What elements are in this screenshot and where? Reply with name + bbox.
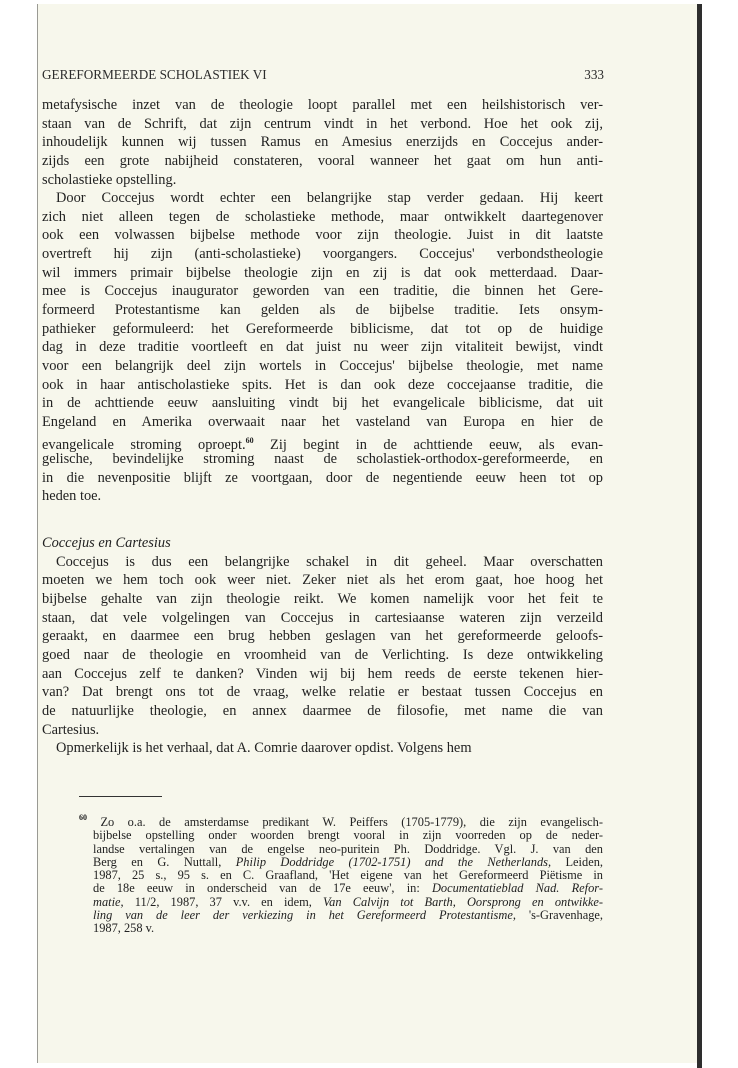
text-line: de natuurlijke theologie, en annex daarm… (42, 702, 603, 721)
page-edge-shadow (697, 4, 702, 1068)
footnote-text: 11/2, 1987, 37 v.v. en idem, (124, 895, 323, 909)
paragraph-1: metafysische inzet van de theologie loop… (42, 96, 603, 189)
text-line: voor een belangrijk deel zijn wortels in… (42, 357, 603, 376)
text-line: gelische, bevindelijke stroming naast de… (42, 450, 603, 469)
footnote-text: 's-Gravenhage, (516, 908, 603, 922)
footnote-60: 60 Zo o.a. de amsterdamse predikant W. P… (79, 811, 603, 936)
running-header-title: GEREFORMEERDE SCHOLASTIEK VI (42, 67, 267, 83)
footnote-title-italic: Documentatieblad Nad. Refor- (432, 881, 603, 895)
text-line: heden toe. (42, 487, 603, 506)
text-line: in die nevenpositie blijft ze voortgaan,… (42, 469, 603, 488)
footnote-reference[interactable]: 60 (246, 436, 254, 445)
footnote-divider (79, 796, 162, 797)
text-line: scholastieke opstelling. (42, 171, 603, 190)
text-line: in de achttiende eeuw aansluiting vindt … (42, 394, 603, 413)
footnote-line: 1987, 258 v. (79, 922, 603, 935)
footnote-text: Berg en G. Nuttall, (93, 855, 236, 869)
text-line: staan van de Schrift, dat zijn centrum v… (42, 115, 603, 134)
text-line: ook in haar antischolastieke spits. Het … (42, 376, 603, 395)
text-line: ook een volwassen bijbelse methode voor … (42, 226, 603, 245)
footnote-title-italic: matie, (93, 895, 124, 909)
footnote-text: 1987, 25 s., 95 s. en C. Graafland, 'Het… (93, 868, 603, 882)
text-line: overtreft hij zijn (anti-scholastieke) v… (42, 245, 603, 264)
paragraph-3: Coccejus is dus een belangrijke schakel … (42, 553, 603, 739)
text-line: Coccejus is dus een belangrijke schakel … (42, 553, 603, 572)
footnote-line: landse vertalingen van de engelse neo-pu… (79, 843, 603, 856)
footnote-text: 1987, 258 v. (93, 921, 154, 935)
footnote-text: Leiden, (551, 855, 603, 869)
footnote-text: bijbelse opstelling onder woorden brengt… (93, 828, 603, 842)
text-line-with-note: evangelicale stroming oproept.60 Zij beg… (42, 432, 603, 451)
footnote-line: bijbelse opstelling onder woorden brengt… (79, 829, 603, 842)
footnote-line: matie, 11/2, 1987, 37 v.v. en idem, Van … (79, 896, 603, 909)
footnote-text: landse vertalingen van de engelse neo-pu… (93, 842, 603, 856)
text-line: van? Dat brengt ons tot de vraag, welke … (42, 683, 603, 702)
text-line: zijds een grote nabijheid constateren, v… (42, 152, 603, 171)
text-line: staan, dat vele volgelingen van Coccejus… (42, 609, 603, 628)
section-heading: Coccejus en Cartesius (42, 534, 603, 553)
text-line: Engeland en Amerika overwaait naar het v… (42, 413, 603, 432)
footnote-title-italic: Van Calvijn tot Barth, Oorsprong en ontw… (323, 895, 603, 909)
footnote-text: de 18e eeuw in onderscheid van de 17e ee… (93, 881, 432, 895)
text-line: aan Coccejus zelf te danken? Vinden wij … (42, 665, 603, 684)
text-line: moeten we hem toch ook weer niet. Zeker … (42, 571, 603, 590)
footnote-title-italic: Philip Doddridge (1702-1751) and the Net… (236, 855, 551, 869)
text-line: zich niet alleen tegen de scholastieke m… (42, 208, 603, 227)
main-text: metafysische inzet van de theologie loop… (42, 96, 603, 758)
footnote-line: 1987, 25 s., 95 s. en C. Graafland, 'Het… (79, 869, 603, 882)
paragraph-2: Door Coccejus wordt echter een belangrij… (42, 189, 603, 506)
footnote-line: 60 Zo o.a. de amsterdamse predikant W. P… (79, 811, 603, 829)
text-line: Door Coccejus wordt echter een belangrij… (42, 189, 603, 208)
text-line: goed naar de theologie en vroomheid van … (42, 646, 603, 665)
footnote-text: Zo o.a. de amsterdamse predikant W. Peif… (87, 815, 603, 829)
footnote-line: de 18e eeuw in onderscheid van de 17e ee… (79, 882, 603, 895)
footnote-title-italic: ling van de leer der verkiezing in het G… (93, 908, 516, 922)
text-line: metafysische inzet van de theologie loop… (42, 96, 603, 115)
text-line: Opmerkelijk is het verhaal, dat A. Comri… (42, 739, 603, 758)
footnote-line: Berg en G. Nuttall, Philip Doddridge (17… (79, 856, 603, 869)
text-line: inhoudelijk kunnen wij tussen Ramus en A… (42, 133, 603, 152)
text-line: bijbelse gehalte van zijn theologie reik… (42, 590, 603, 609)
text-line: formeerd Protestantisme kan gelden als d… (42, 301, 603, 320)
text-line: mee is Coccejus inaugurator geworden van… (42, 282, 603, 301)
paragraph-4: Opmerkelijk is het verhaal, dat A. Comri… (42, 739, 603, 758)
text-line: wil immers primair bijbelse theologie zi… (42, 264, 603, 283)
page-number: 333 (584, 67, 604, 83)
footnote-line: ling van de leer der verkiezing in het G… (79, 909, 603, 922)
text-line: Cartesius. (42, 721, 603, 740)
text-line: pathieker geformuleerd: het Gereformeerd… (42, 320, 603, 339)
text-line: dag in deze traditie voortleeft en dat j… (42, 338, 603, 357)
footnote-number: 60 (79, 813, 87, 822)
text-line: geraakt, en daarmee een brug hebben gesl… (42, 627, 603, 646)
